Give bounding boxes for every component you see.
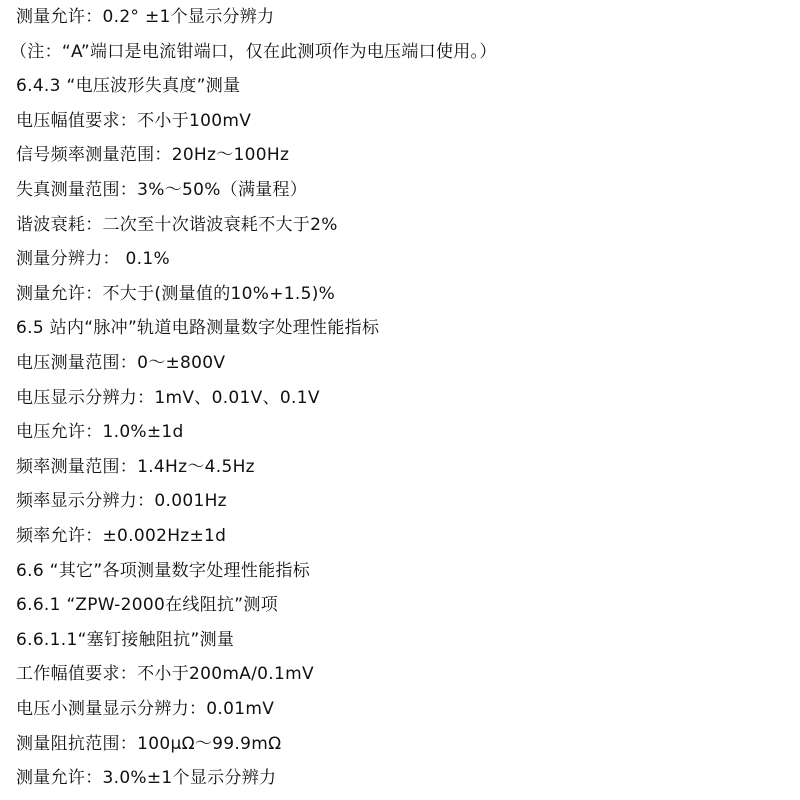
spec-line-harmonic-attenuation: 谐波衰耗：二次至十次谐波衰耗不大于2% (16, 208, 338, 242)
note-line-port-a: （注：“A”端口是电流钳端口，仅在此测项作为电压端口使用。） (10, 35, 497, 69)
section-heading-6-6-1: 6.6.1 “ZPW-2000在线阻抗”测项 (16, 588, 278, 622)
spec-line-frequency-resolution: 频率显示分辨力：0.001Hz (16, 484, 227, 518)
spec-line-voltage-tolerance: 电压允许：1.0%±1d (16, 415, 184, 449)
spec-line-resolution: 测量分辨力： 0.1% (16, 242, 170, 276)
spec-line-impedance-tolerance: 测量允许：3.0%±1个显示分辨力 (16, 761, 276, 795)
spec-line-small-voltage-resolution: 电压小测量显示分辨力：0.01mV (16, 692, 274, 726)
spec-line-frequency-range: 信号频率测量范围：20Hz～100Hz (16, 138, 289, 172)
spec-line-voltage-amplitude: 电压幅值要求：不小于100mV (16, 104, 251, 138)
section-heading-6-6: 6.6 “其它”各项测量数字处理性能指标 (16, 554, 310, 588)
spec-line-frequency-tolerance: 频率允许：±0.002Hz±1d (16, 519, 226, 553)
spec-line-impedance-range: 测量阻抗范围：100μΩ～99.9mΩ (16, 727, 281, 761)
spec-line-working-amplitude: 工作幅值要求：不小于200mA/0.1mV (16, 657, 314, 691)
spec-line-tolerance: 测量允许：不大于(测量值的10%+1.5)% (16, 277, 335, 311)
spec-line-distortion-range: 失真测量范围：3%～50%（满量程） (16, 173, 307, 207)
section-heading-6-4-3: 6.4.3 “电压波形失真度”测量 (16, 69, 240, 103)
section-heading-6-6-1-1: 6.6.1.1“塞钉接触阻抗”测量 (16, 623, 234, 657)
spec-line-angle-tolerance: 测量允许：0.2° ±1个显示分辨力 (16, 0, 274, 34)
spec-line-voltage-range: 电压测量范围：0～±800V (16, 346, 225, 380)
section-heading-6-5: 6.5 站内“脉冲”轨道电路测量数字处理性能指标 (16, 311, 379, 345)
spec-line-frequency-measure-range: 频率测量范围：1.4Hz～4.5Hz (16, 450, 255, 484)
spec-line-voltage-resolution: 电压显示分辨力：1mV、0.01V、0.1V (16, 381, 320, 415)
